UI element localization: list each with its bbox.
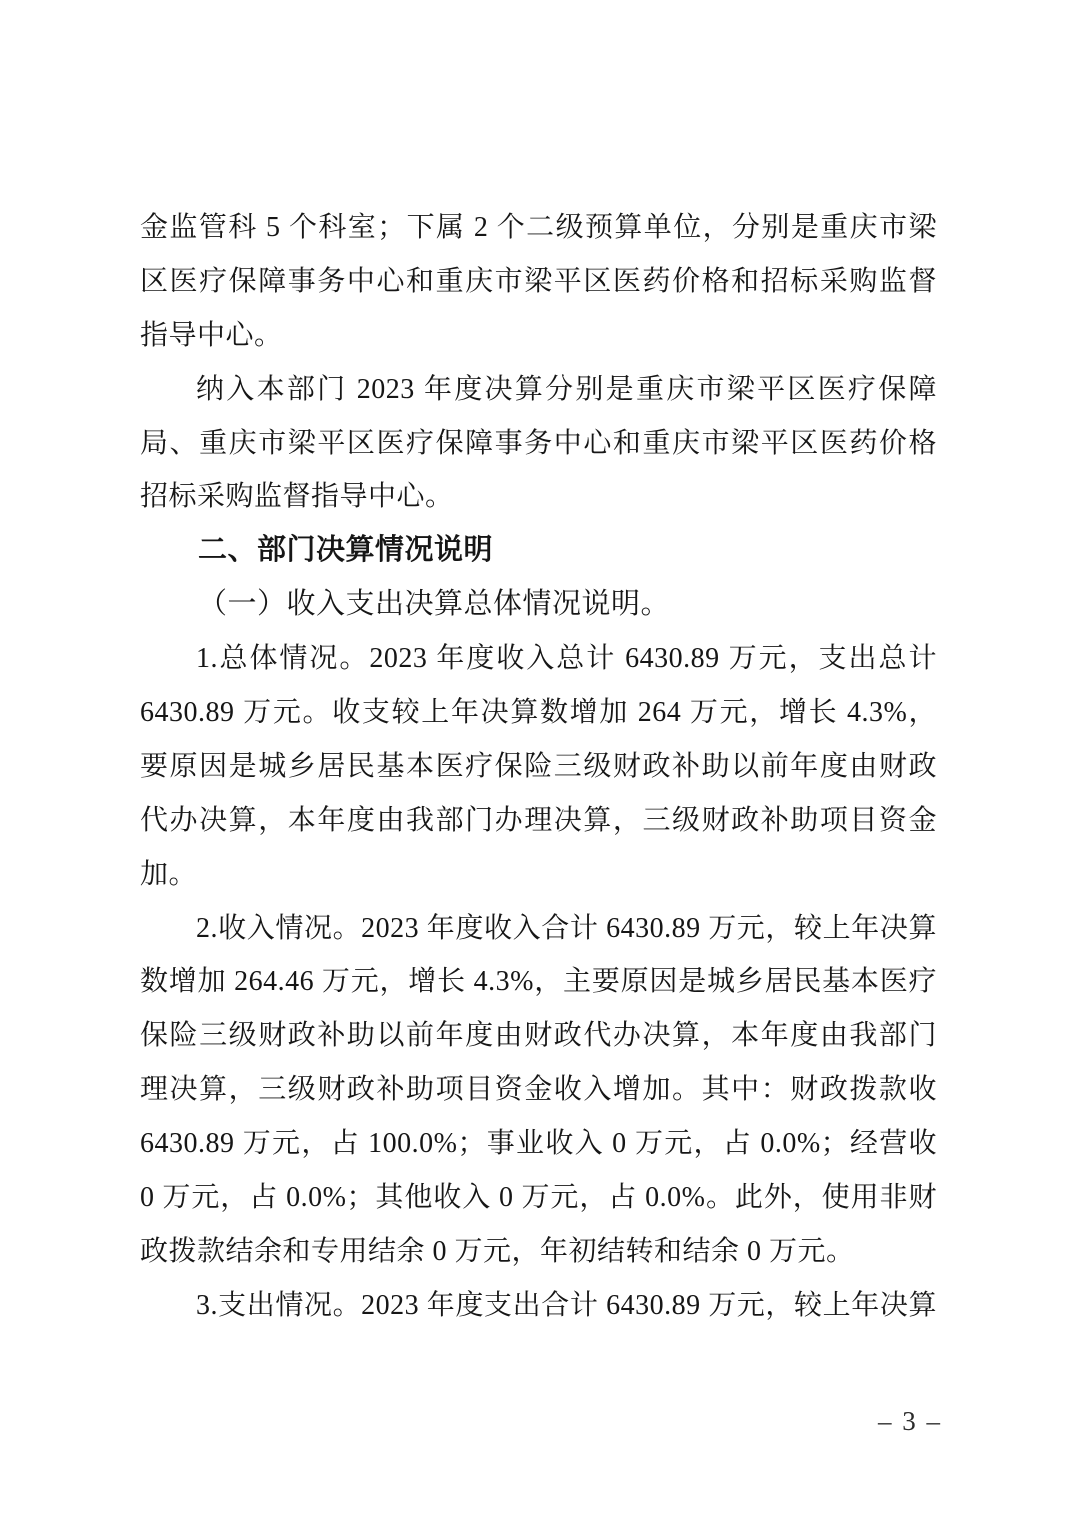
text-line: 0 万元，占 0.0%；其他收入 0 万元，占 0.0%。此外，使用非财 (140, 1171, 937, 1225)
document-body: 金监管科 5 个科室；下属 2 个二级预算单位，分别是重庆市梁平区医疗保障事务中… (140, 201, 937, 1333)
text-line: 金监管科 5 个科室；下属 2 个二级预算单位，分别是重庆市梁平 (140, 201, 937, 255)
document-page: 金监管科 5 个科室；下属 2 个二级预算单位，分别是重庆市梁平区医疗保障事务中… (0, 0, 1076, 1519)
text-line: 6430.89 万元，占 100.0%；事业收入 0 万元，占 0.0%；经营收… (140, 1117, 937, 1171)
text-line: 保险三级财政补助以前年度由财政代办决算，本年度由我部门办 (140, 1009, 937, 1063)
text-line: 代办决算，本年度由我部门办理决算，三级财政补助项目资金增 (140, 794, 937, 848)
text-line: 2.收入情况。2023 年度收入合计 6430.89 万元，较上年决算 (140, 902, 937, 956)
text-line: 3.支出情况。2023 年度支出合计 6430.89 万元，较上年决算 (140, 1279, 937, 1333)
text-line: 6430.89 万元。收支较上年决算数增加 264 万元，增长 4.3%，主 (140, 686, 937, 740)
text-line: 数增加 264.46 万元，增长 4.3%，主要原因是城乡居民基本医疗 (140, 955, 937, 1009)
text-line: 指导中心。 (140, 309, 937, 363)
text-line: 区医疗保障事务中心和重庆市梁平区医药价格和招标采购监督 (140, 255, 937, 309)
text-line: 1.总体情况。2023 年度收入总计 6430.89 万元，支出总计 (140, 632, 937, 686)
text-line: 理决算，三级财政补助项目资金收入增加。其中：财政拨款收入 (140, 1063, 937, 1117)
text-line: 政拨款结余和专用结余 0 万元，年初结转和结余 0 万元。 (140, 1225, 937, 1279)
text-line: 招标采购监督指导中心。 (140, 470, 937, 524)
text-line: 局、重庆市梁平区医疗保障事务中心和重庆市梁平区医药价格和 (140, 417, 937, 471)
section-heading: 二、部门决算情况说明 (140, 524, 937, 578)
page-number: – 3 – (878, 1406, 942, 1436)
text-line: 加。 (140, 848, 937, 902)
text-line: 纳入本部门 2023 年度决算分别是重庆市梁平区医疗保障 (140, 363, 937, 417)
subsection-heading: （一）收入支出决算总体情况说明。 (140, 578, 937, 632)
text-line: 要原因是城乡居民基本医疗保险三级财政补助以前年度由财政 (140, 740, 937, 794)
page-footer: – 3 – (878, 1406, 942, 1437)
